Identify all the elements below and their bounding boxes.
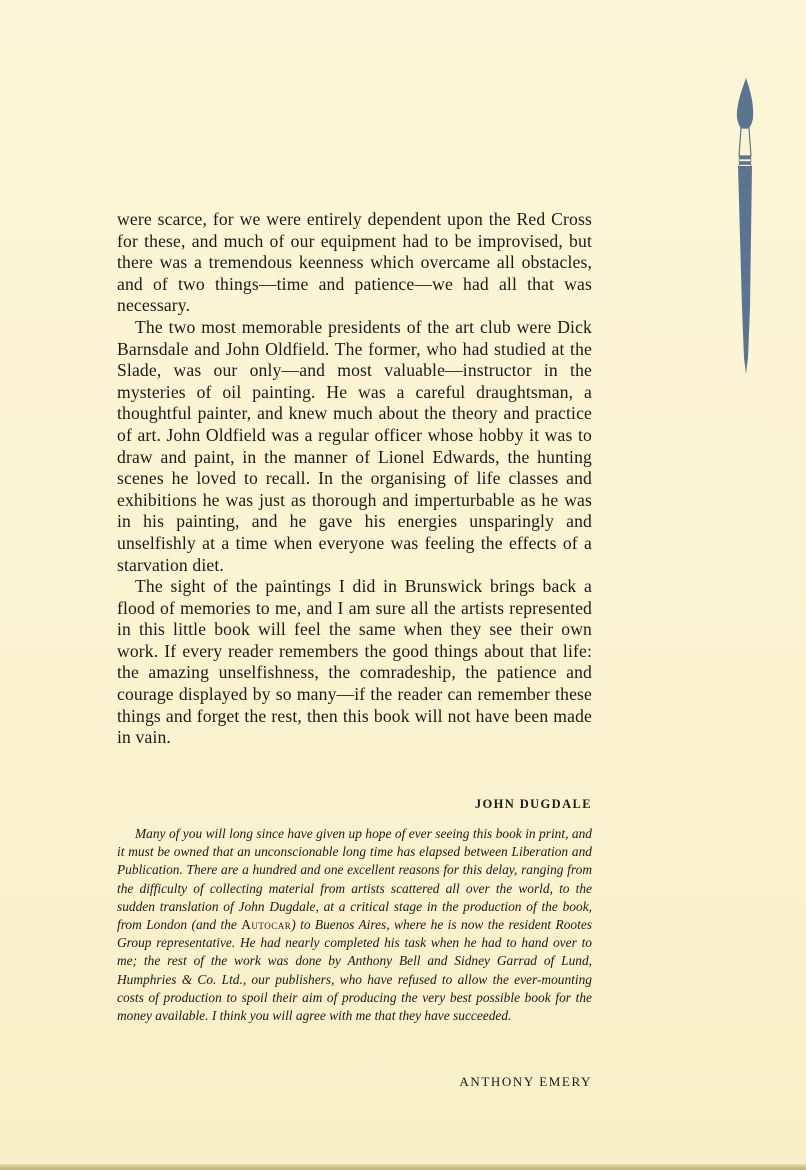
page-bottom-edge: [0, 1164, 806, 1170]
main-text: were scarce, for we were entirely depend…: [117, 209, 592, 749]
postscript: Many of you will long since have given u…: [117, 825, 592, 1025]
postscript-text-2: ) to Buenos Aires, where he is now the r…: [117, 917, 592, 1023]
paintbrush-icon: [733, 78, 759, 374]
signature-anthony-emery: ANTHONY EMERY: [117, 1074, 592, 1090]
paragraph-3: The sight of the paintings I did in Brun…: [117, 576, 592, 749]
postscript-paragraph: Many of you will long since have given u…: [117, 825, 592, 1025]
signature-john-dugdale: JOHN DUGDALE: [117, 797, 592, 812]
book-page: were scarce, for we were entirely depend…: [0, 0, 806, 1170]
paragraph-2: The two most memorable presidents of the…: [117, 317, 592, 576]
autocar-title: Autocar: [241, 917, 291, 932]
paragraph-1: were scarce, for we were entirely depend…: [117, 209, 592, 317]
